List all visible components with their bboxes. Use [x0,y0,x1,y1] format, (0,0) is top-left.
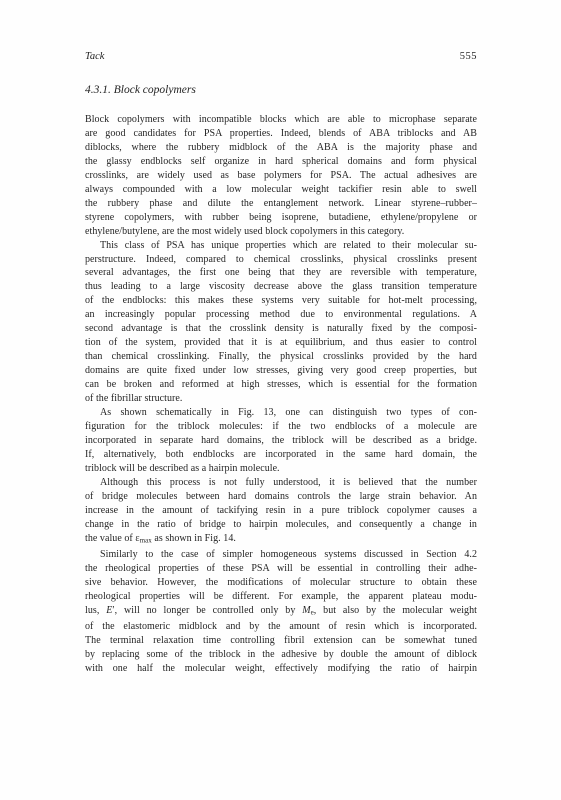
text-line: the glassy endblocks self organize in ha… [85,155,477,169]
text-line: of bridge molecules between hard domains… [85,490,477,504]
document-page: Tack 555 4.3.1. Block copolymers Block c… [0,0,561,800]
text-line: the rheological properties of these PSA … [85,562,477,576]
text-line: styrene copolymers, with rubber being is… [85,211,477,225]
text-line: of the elastomeric midblock and by the a… [85,620,477,634]
paragraph: Although this process is not fully under… [85,476,477,548]
text-line: the value of εmax as shown in Fig. 14. [85,532,477,548]
text-line: lus, E′, will no longer be controlled on… [85,604,477,620]
text-line: are good candidates for PSA properties. … [85,127,477,141]
text-line: If, alternatively, both endblocks are in… [85,448,477,462]
text-line: several advantages, the first one being … [85,266,477,280]
text-line: than chemical crosslinking. Finally, the… [85,350,477,364]
text-line: rheological properties will be different… [85,590,477,604]
text-line: This class of PSA has unique properties … [85,239,477,253]
text-line: diblocks, where the rubbery midblock of … [85,141,477,155]
text-line: perstructure. Indeed, compared to chemic… [85,253,477,267]
text-line: thus leading to a large viscosity decrea… [85,280,477,294]
paragraph: Block copolymers with incompatible block… [85,113,477,239]
text-line: with one half the molecular weight, effe… [85,662,477,676]
text-line: As shown schematically in Fig. 13, one c… [85,406,477,420]
text-line: can be broken and reformed at high stres… [85,378,477,392]
text-line: tion of the system, provided that it is … [85,336,477,350]
text-line: Similarly to the case of simpler homogen… [85,548,477,562]
text-line: Block copolymers with incompatible block… [85,113,477,127]
page-number: 555 [460,50,477,63]
text-line: increase in the amount of tackifying res… [85,504,477,518]
body-text: Block copolymers with incompatible block… [85,113,477,676]
paragraph: Similarly to the case of simpler homogen… [85,548,477,676]
text-line: of the endblocks: this makes these syste… [85,294,477,308]
text-line: crosslinks, are widely used as base poly… [85,169,477,183]
paragraph: This class of PSA has unique properties … [85,239,477,406]
section-heading: 4.3.1. Block copolymers [85,83,477,97]
text-line: The terminal relaxation time controlling… [85,634,477,648]
running-head: Tack 555 [85,50,477,63]
text-line: of the fibrillar structure. [85,392,477,406]
text-line: always compounded with a low molecular w… [85,183,477,197]
text-line: an increasingly popular processing metho… [85,308,477,322]
text-line: the rubbery phase and dilute the entangl… [85,197,477,211]
text-line: triblock will be described as a hairpin … [85,462,477,476]
text-line: domains are quite fixed under low stress… [85,364,477,378]
text-line: figuration for the triblock molecules: i… [85,420,477,434]
text-line: second advantage is that the crosslink d… [85,322,477,336]
text-line: sive behavior. However, the modification… [85,576,477,590]
running-head-title: Tack [85,50,104,63]
paragraph: As shown schematically in Fig. 13, one c… [85,406,477,476]
text-line: change in the ratio of bridge to hairpin… [85,518,477,532]
text-line: by replacing some of the triblock in the… [85,648,477,662]
text-line: incorporated in separate hard domains, t… [85,434,477,448]
text-line: Although this process is not fully under… [85,476,477,490]
text-line: ethylene/butylene, are the most widely u… [85,225,477,239]
